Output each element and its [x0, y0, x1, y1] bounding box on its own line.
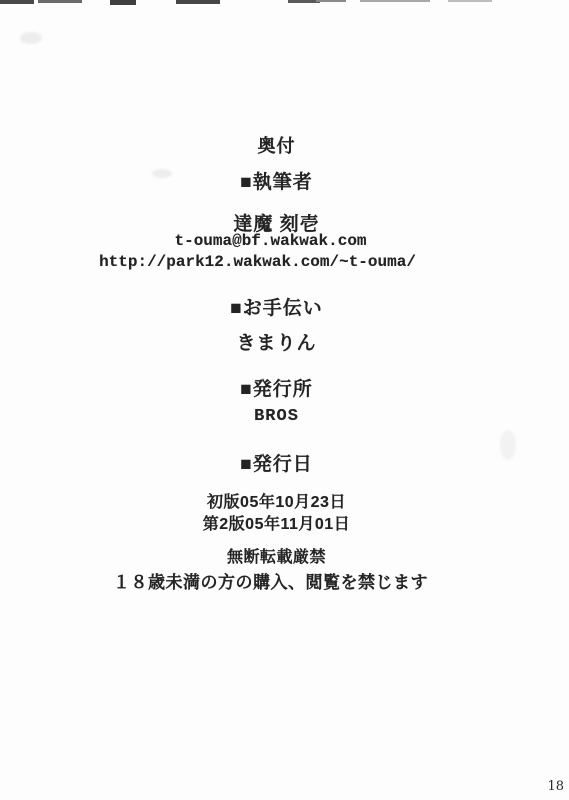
authors-section-header: ■執筆者 [0, 167, 561, 194]
scan-artifact-topbar-segment [38, 0, 82, 3]
author-website-url: http://park12.wakwak.com/~t-ouma/ [0, 253, 542, 271]
scan-smudge [20, 32, 42, 44]
publication-date-header: ■発行日 [0, 449, 561, 476]
publisher-section-header: ■発行所 [0, 374, 561, 401]
scan-artifact-topbar-segment [110, 0, 136, 5]
age-restriction-notice: １８歳未満の方の購入、閲覧を禁じます [0, 568, 555, 593]
no-reproduction-notice: 無断転載厳禁 [0, 544, 561, 567]
scan-artifact-topbar-segment [360, 0, 430, 2]
publisher-name: BROS [0, 407, 561, 426]
scan-artifact-topbar-segment [316, 0, 346, 2]
scan-artifact-topbar-segment [176, 0, 220, 4]
page-number: 18 [547, 779, 564, 794]
scan-artifact-topbar-segment [448, 0, 492, 2]
author-email: t-ouma@bf.wakwak.com [0, 232, 555, 250]
scanned-colophon-page: 奥付 ■執筆者 達魔 刻壱 t-ouma@bf.wakwak.com http:… [0, 0, 569, 800]
helper-name: きまりん [0, 328, 561, 355]
second-edition-date: 第2版05年11月01日 [0, 511, 561, 534]
page-title: 奥付 [0, 132, 561, 158]
helper-section-header: ■お手伝い [0, 293, 561, 320]
scan-artifact-topbar-segment [0, 0, 34, 4]
first-edition-date: 初版05年10月23日 [0, 489, 561, 512]
